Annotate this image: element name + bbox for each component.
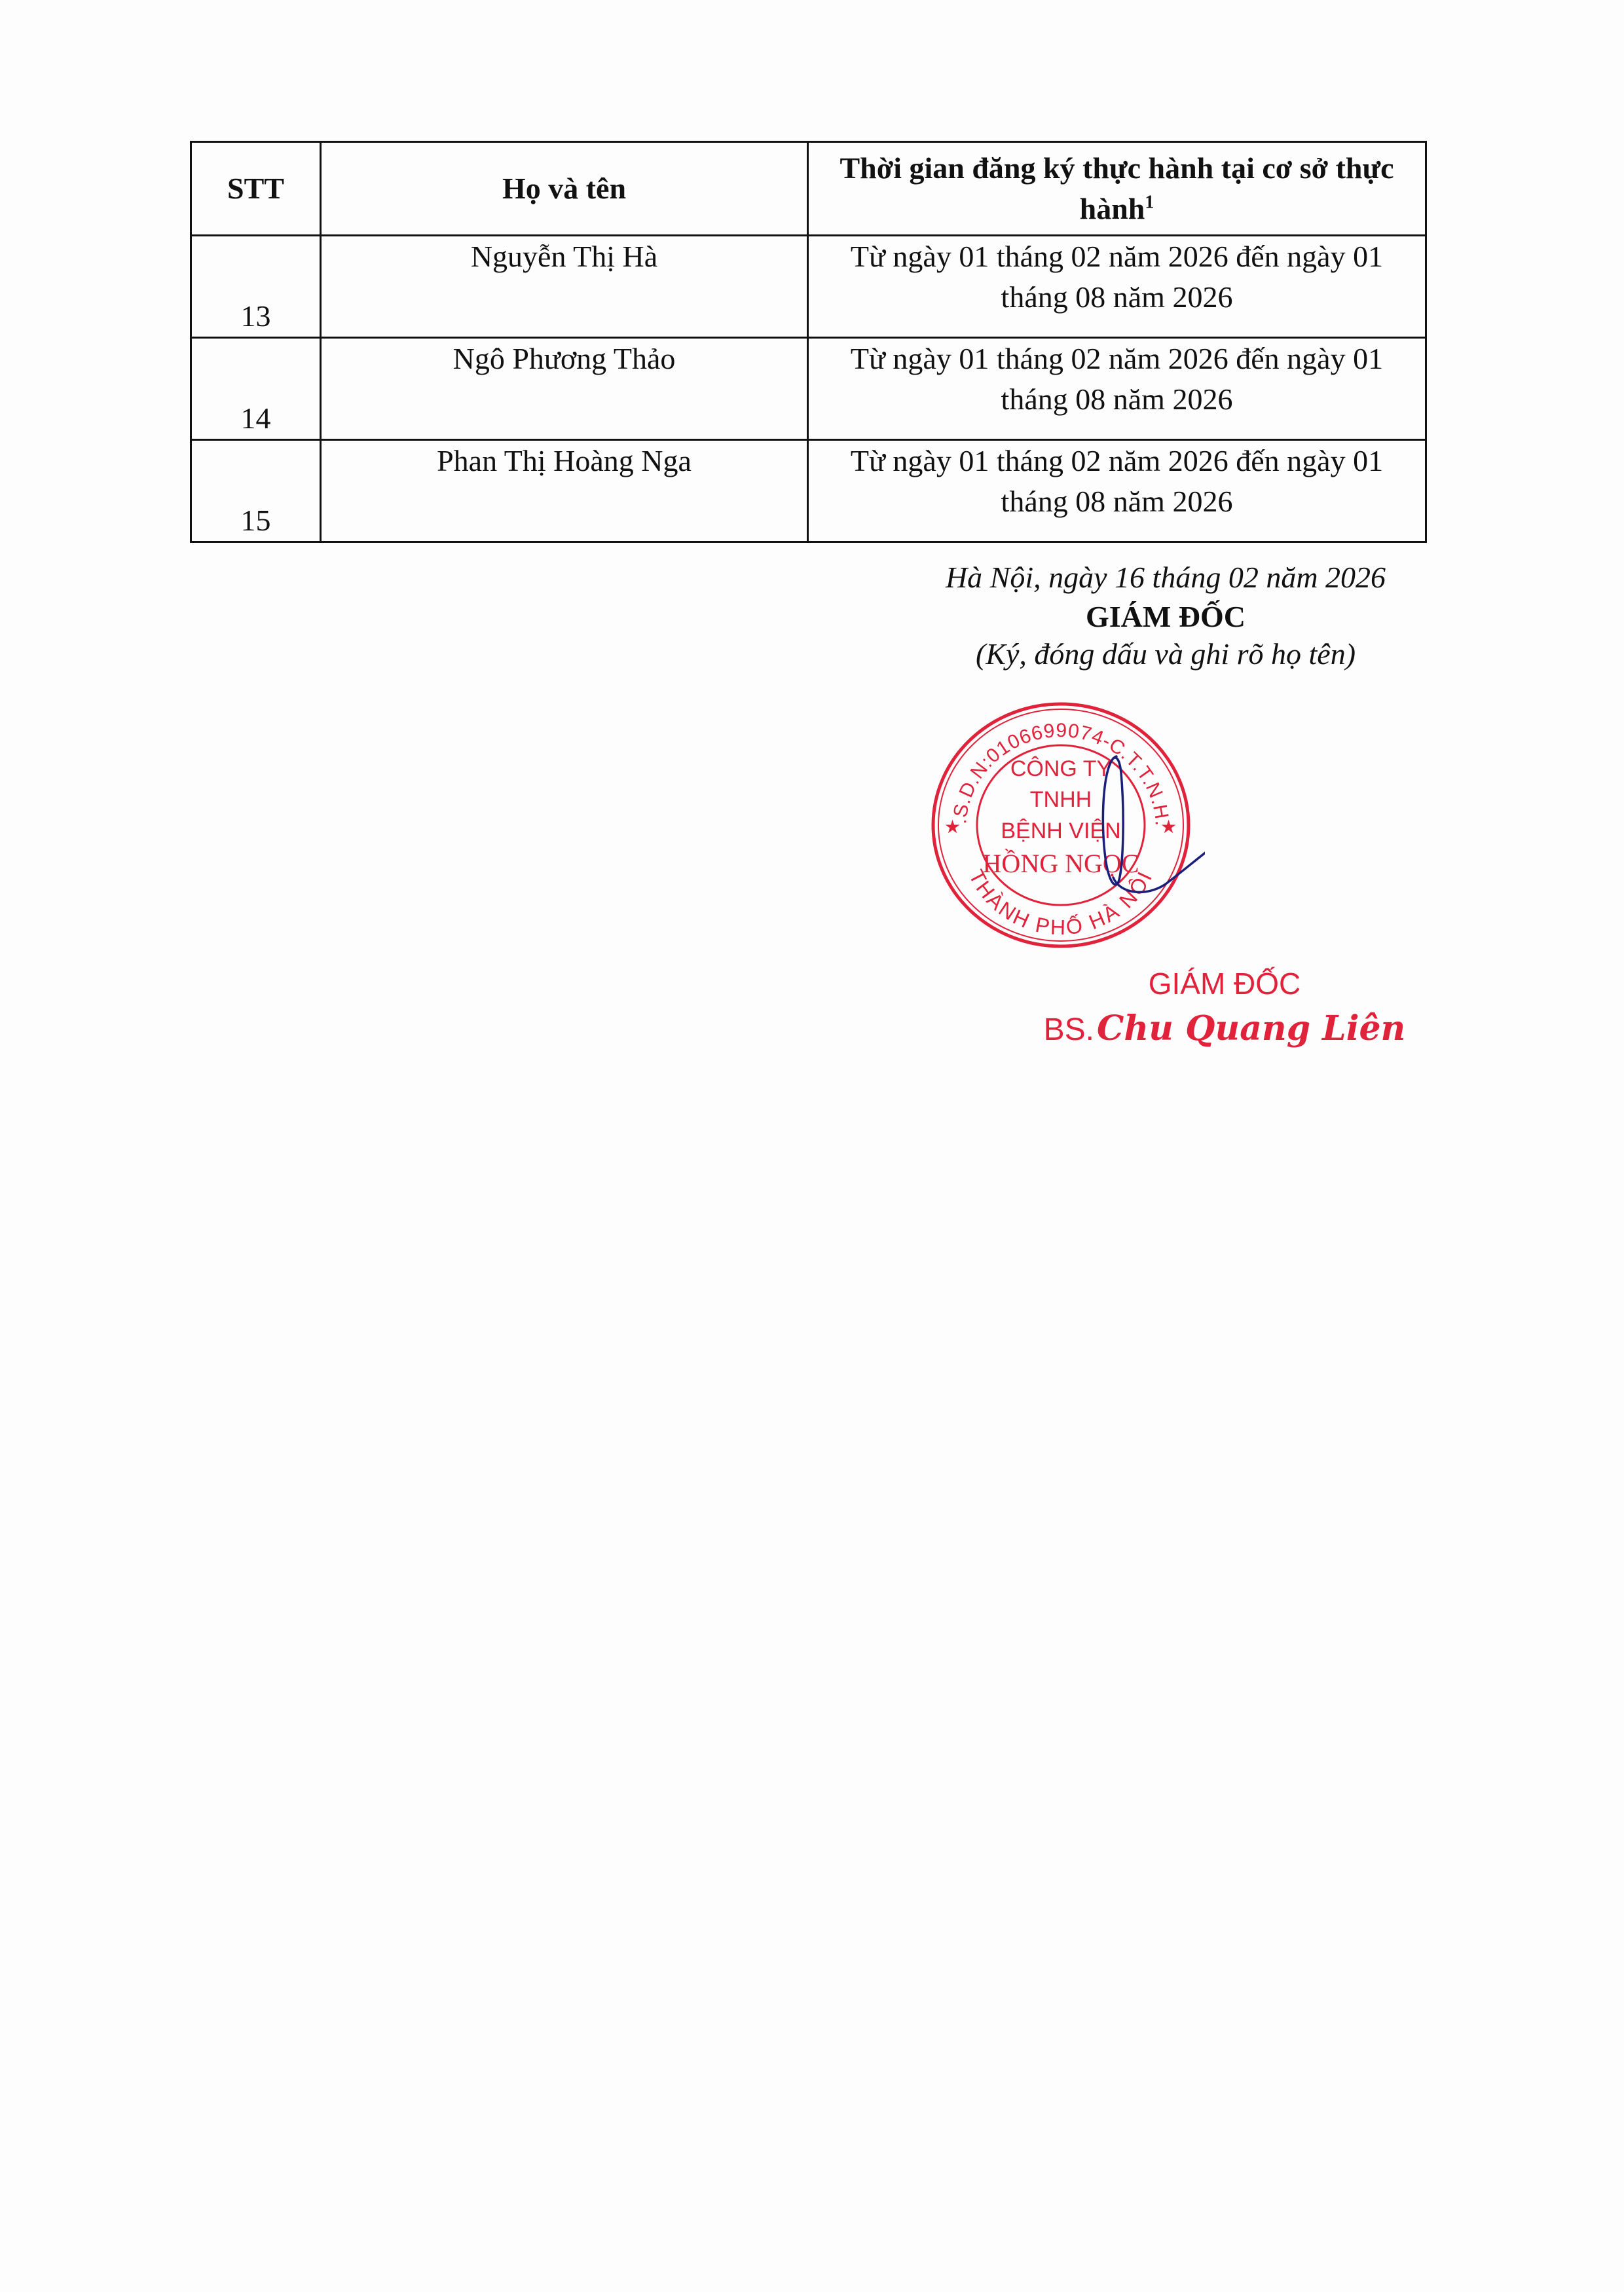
period-line-1: Từ ngày 01 tháng 02 năm 2026 đến ngày 01 — [815, 441, 1418, 481]
period-line-1: Từ ngày 01 tháng 02 năm 2026 đến ngày 01 — [815, 339, 1418, 379]
table-row: 15 Phan Thị Hoàng Nga Từ ngày 01 tháng 0… — [191, 440, 1426, 542]
seal-line-2: TNHH — [1030, 787, 1092, 812]
row-period: Từ ngày 01 tháng 02 năm 2026 đến ngày 01… — [808, 236, 1426, 338]
seal-line-4: HỒNG NGỌC — [983, 849, 1139, 878]
header-name: Họ và tên — [321, 142, 808, 236]
seal-line-1: CÔNG TY — [1010, 756, 1111, 781]
stamp-signer-title: GIÁM ĐỐC — [1022, 966, 1428, 1001]
header-stt: STT — [191, 142, 321, 236]
star-icon: ★ — [944, 817, 961, 838]
period-line-2: tháng 08 năm 2026 — [815, 481, 1418, 522]
signer-prefix: BS. — [1044, 1012, 1094, 1047]
period-line-2: tháng 08 năm 2026 — [815, 379, 1418, 420]
registration-table: STT Họ và tên Thời gian đăng ký thực hàn… — [190, 141, 1427, 543]
row-name: Nguyễn Thị Hà — [321, 236, 808, 338]
row-period: Từ ngày 01 tháng 02 năm 2026 đến ngày 01… — [808, 440, 1426, 542]
stamp-signer: BS. Chu Quang Liên — [1022, 1008, 1428, 1048]
header-period: Thời gian đăng ký thực hành tại cơ sở th… — [808, 142, 1426, 236]
period-line-1: Từ ngày 01 tháng 02 năm 2026 đến ngày 01 — [815, 236, 1418, 277]
footnote-marker: 1 — [1145, 193, 1154, 213]
signature-note: (Ký, đóng dấu và ghi rõ họ tên) — [871, 637, 1460, 671]
row-stt: 14 — [191, 338, 321, 440]
row-stt: 13 — [191, 236, 321, 338]
row-name: Ngô Phương Thảo — [321, 338, 808, 440]
row-period: Từ ngày 01 tháng 02 năm 2026 đến ngày 01… — [808, 338, 1426, 440]
document-page: STT Họ và tên Thời gian đăng ký thực hàn… — [0, 0, 1624, 2292]
place-date: Hà Nội, ngày 16 tháng 02 năm 2026 — [871, 560, 1460, 595]
header-period-text: Thời gian đăng ký thực hành tại cơ sở th… — [840, 151, 1393, 225]
row-stt: 15 — [191, 440, 321, 542]
table-row: 14 Ngô Phương Thảo Từ ngày 01 tháng 02 n… — [191, 338, 1426, 440]
star-icon: ★ — [1160, 817, 1177, 838]
row-name: Phan Thị Hoàng Nga — [321, 440, 808, 542]
table-header-row: STT Họ và tên Thời gian đăng ký thực hàn… — [191, 142, 1426, 236]
table-row: 13 Nguyễn Thị Hà Từ ngày 01 tháng 02 năm… — [191, 236, 1426, 338]
period-line-2: tháng 08 năm 2026 — [815, 277, 1418, 318]
company-seal: M.S.D.N:0106699074-C.T.T.N.H.H THÀNH PHỐ… — [917, 688, 1205, 963]
signer-name: Chu Quang Liên — [1097, 1008, 1405, 1048]
signatory-title: GIÁM ĐỐC — [871, 599, 1460, 634]
